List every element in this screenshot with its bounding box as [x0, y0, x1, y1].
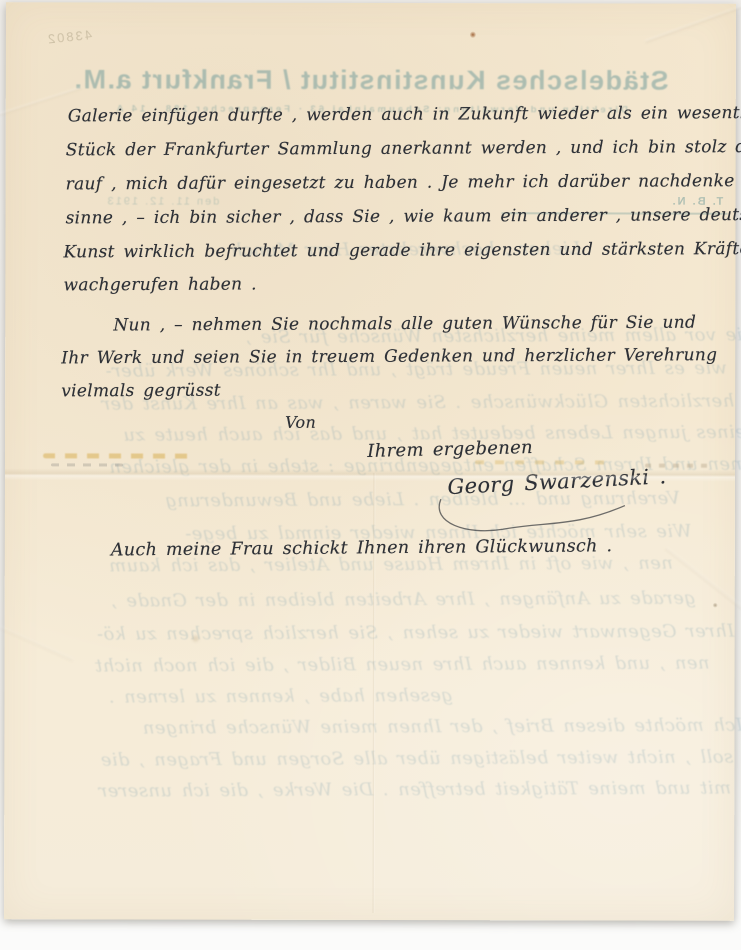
bleedthrough-line: gesehen habe , kennen zu lernen .: [108, 685, 452, 708]
bleedthrough-line: gerade zu Anfängen , Ihre Arbeiten bleib…: [111, 588, 696, 612]
scan-background: 43802 Städelsches Kunstinstitut / Frankf…: [0, 0, 741, 950]
signature-flourish: [433, 493, 633, 543]
bleedthrough-line: nen , und kennen auch Ihre neuen Bilder …: [95, 653, 710, 677]
handwritten-line: vielmals gegrüsst: [61, 381, 221, 402]
letterhead-title-bleedthrough: Städelsches Kunstinstitut / Frankfurt a.…: [18, 64, 724, 96]
handwritten-line: wachgerufen haben .: [63, 274, 256, 295]
handwritten-line: Stück der Frankfurter Sammlung anerkannt…: [66, 137, 741, 160]
paper-speck: [470, 31, 476, 38]
corner-crease: [645, 3, 741, 43]
bleedthrough-line: soll , nicht weiter belästigen über alle…: [100, 747, 733, 771]
edge-crease: [0, 626, 74, 661]
handwritten-body: Galerie einfügen durfte , werden auch in…: [6, 2, 736, 4]
bleedthrough-line: Ich möchte diesen Brief , der Ihnen mein…: [142, 715, 741, 739]
bleedthrough-line: mit und meine Tätigkeit betreffen . Die …: [98, 778, 731, 802]
gray-stain-dashes: [51, 463, 123, 466]
fold-crease-horizontal: [5, 468, 735, 482]
bleedthrough-text-layer: Lieber , hochverehrter Herr Munchsagen S…: [6, 2, 736, 4]
paper-speck: [191, 635, 201, 643]
handwritten-line: Galerie einfügen durfte , werden auch in…: [68, 103, 741, 127]
yellow-stain-dashes: [43, 453, 193, 458]
fold-crease-vertical: [372, 473, 376, 913]
handwritten-line: Ihr Werk und seien Sie in treuem Gedenke…: [61, 345, 717, 368]
closing-ihrem-ergebenen: Ihrem ergebenen: [367, 437, 533, 462]
handwritten-line: Kunst wirklich befruchtet und gerade ihr…: [63, 239, 741, 262]
archive-number-pencil: 43802: [45, 27, 92, 47]
yellow-stain-dashes: [475, 460, 615, 464]
handwritten-line: Nun , – nehmen Sie nochmals alle guten W…: [113, 313, 696, 336]
letter-paper: 43802 Städelsches Kunstinstitut / Frankf…: [4, 2, 736, 921]
handwritten-line: sinne , – ich bin sicher , dass Sie , wi…: [66, 205, 741, 228]
handwritten-line: rauf , mich dafür eingesetzt zu haben . …: [66, 171, 741, 194]
paper-speck: [713, 603, 718, 608]
closing-von: Von: [285, 413, 316, 432]
edge-crease: [665, 547, 741, 623]
letterhead-date-field-bleedthrough: den 11. 12. 1913: [106, 195, 220, 207]
gray-stain-dashes: [645, 464, 711, 468]
